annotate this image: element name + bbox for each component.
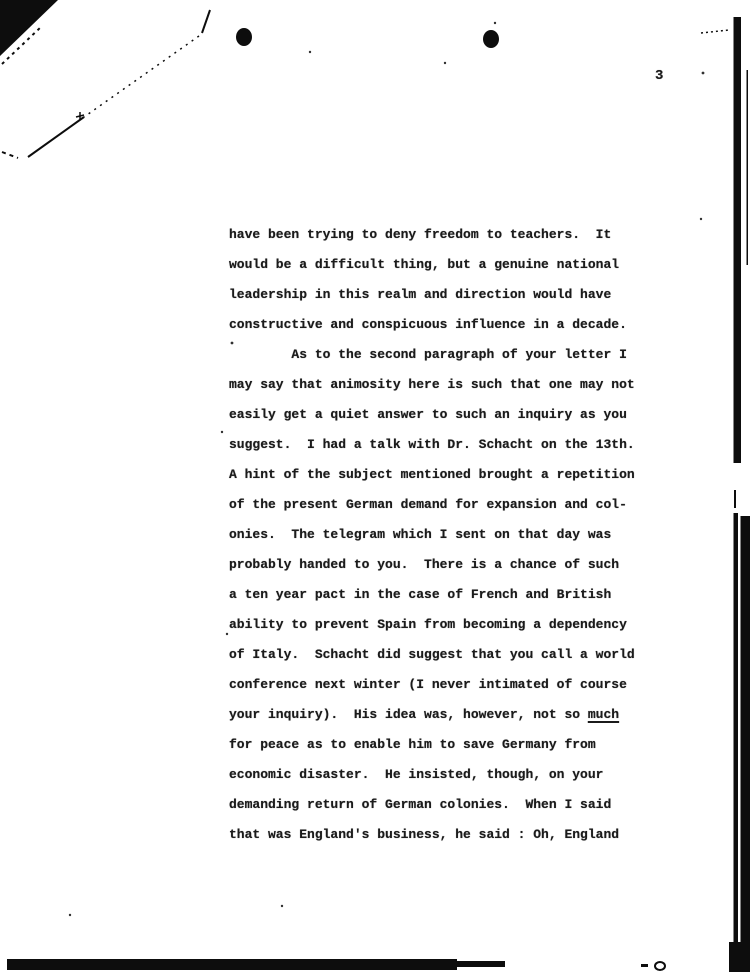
scanned-letter-page: 3 have been trying to deny freedom to te…: [0, 0, 750, 972]
typewritten-line: your inquiry). His idea was, however, no…: [229, 700, 635, 730]
line-text: may say that animosity here is such that…: [229, 377, 635, 392]
line-text: constructive and conspicuous influence i…: [229, 317, 627, 332]
line-text: probably handed to you. There is a chanc…: [229, 557, 619, 572]
pencil-stroke-top: [202, 10, 210, 33]
line-text: for peace as to enable him to save Germa…: [229, 737, 596, 752]
line-text: of the present German demand for expansi…: [229, 497, 627, 512]
line-text: As to the second paragraph of your lette…: [229, 347, 627, 362]
line-text: your inquiry). His idea was, however, no…: [229, 707, 588, 722]
punch-hole-mark-right: [483, 30, 499, 48]
line-text: economic disaster. He insisted, though, …: [229, 767, 603, 782]
typewritten-line: a ten year pact in the case of French an…: [229, 580, 635, 610]
pencil-line-dotted: [84, 36, 199, 117]
typewritten-line: would be a difficult thing, but a genuin…: [229, 250, 635, 280]
line-text: suggest. I had a talk with Dr. Schacht o…: [229, 437, 635, 452]
page-number: 3: [655, 68, 663, 84]
typewritten-line: that was England's business, he said : O…: [229, 820, 635, 850]
bottom-smudge-dash: [641, 964, 648, 967]
typewritten-line: constructive and conspicuous influence i…: [229, 310, 635, 340]
right-edge-bottom-blob: [729, 942, 750, 972]
typewritten-line: onies. The telegram which I sent on that…: [229, 520, 635, 550]
typewritten-line: probably handed to you. There is a chanc…: [229, 550, 635, 580]
pencil-line-solid: [28, 117, 84, 157]
typewritten-line: for peace as to enable him to save Germa…: [229, 730, 635, 760]
typewritten-line: suggest. I had a talk with Dr. Schacht o…: [229, 430, 635, 460]
line-text: conference next winter (I never intimate…: [229, 677, 627, 692]
typewritten-line: of the present German demand for expansi…: [229, 490, 635, 520]
typewritten-line: have been trying to deny freedom to teac…: [229, 220, 635, 250]
line-text: onies. The telegram which I sent on that…: [229, 527, 611, 542]
right-margin-scribble: [701, 30, 729, 33]
typewritten-line: demanding return of German colonies. Whe…: [229, 790, 635, 820]
bottom-smudge-ring: [655, 962, 665, 970]
letter-text: have been trying to deny freedom to teac…: [229, 220, 635, 850]
typewritten-line: conference next winter (I never intimate…: [229, 670, 635, 700]
line-text: ability to prevent Spain from becoming a…: [229, 617, 627, 632]
pencil-tick: [76, 115, 84, 117]
corner-shadow: [0, 0, 58, 56]
underlined-word: much: [588, 707, 619, 722]
right-edge-bar-top: [734, 17, 742, 463]
bottom-edge-bar-thin: [457, 961, 505, 967]
right-edge-tick: [734, 490, 736, 508]
right-edge-bar-bottom-outer: [741, 516, 750, 972]
typewritten-line: may say that animosity here is such that…: [229, 370, 635, 400]
punch-hole-mark-left: [236, 28, 252, 46]
line-text: A hint of the subject mentioned brought …: [229, 467, 635, 482]
right-edge-bar-bottom-inner: [734, 513, 739, 972]
pencil-dash-bottom-left: [2, 152, 18, 158]
typewritten-line: economic disaster. He insisted, though, …: [229, 760, 635, 790]
corner-fringe-line: [2, 26, 42, 64]
line-text: leadership in this realm and direction w…: [229, 287, 611, 302]
bottom-edge-bar: [7, 959, 457, 970]
typewritten-line: of Italy. Schacht did suggest that you c…: [229, 640, 635, 670]
typewritten-line: A hint of the subject mentioned brought …: [229, 460, 635, 490]
typewritten-line: ability to prevent Spain from becoming a…: [229, 610, 635, 640]
line-text: of Italy. Schacht did suggest that you c…: [229, 647, 635, 662]
typewritten-line: As to the second paragraph of your lette…: [229, 340, 635, 370]
line-text: easily get a quiet answer to such an inq…: [229, 407, 627, 422]
typewritten-line: leadership in this realm and direction w…: [229, 280, 635, 310]
line-text: demanding return of German colonies. Whe…: [229, 797, 611, 812]
line-text: would be a difficult thing, but a genuin…: [229, 257, 619, 272]
line-text: a ten year pact in the case of French an…: [229, 587, 611, 602]
line-text: that was England's business, he said : O…: [229, 827, 619, 842]
line-text: have been trying to deny freedom to teac…: [229, 227, 611, 242]
right-edge-thin-line: [747, 70, 749, 265]
typewritten-line: easily get a quiet answer to such an inq…: [229, 400, 635, 430]
